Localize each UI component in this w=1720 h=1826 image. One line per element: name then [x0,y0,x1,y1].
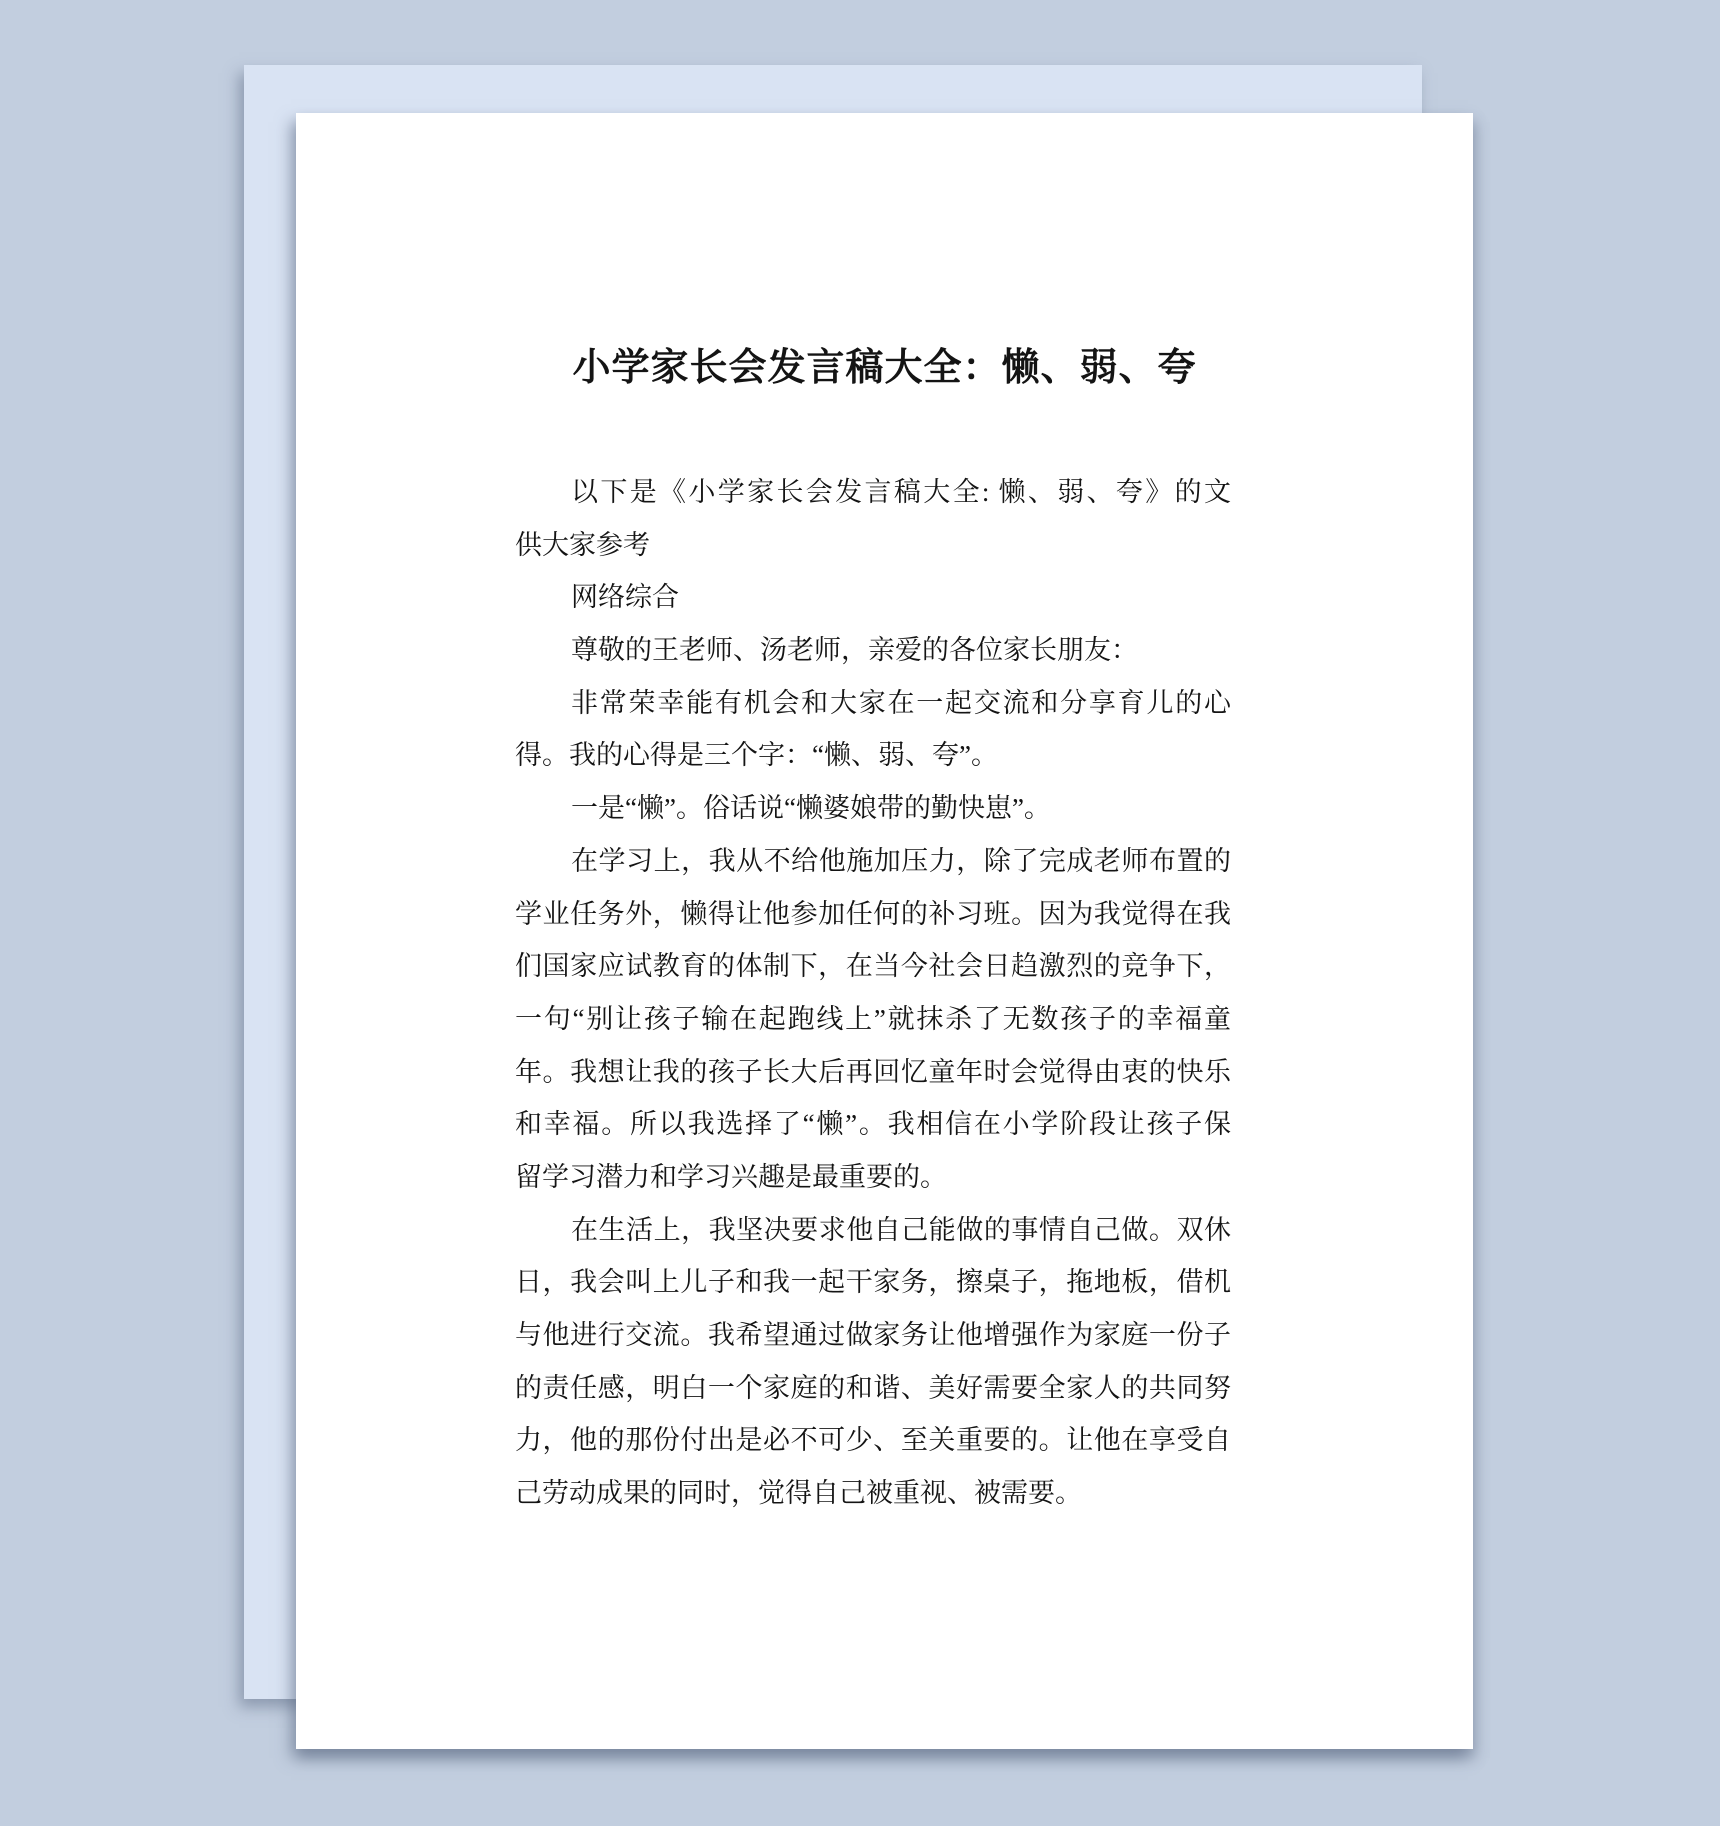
text-line: 一是“懒”。俗话说“懒婆娘带的勤快崽”。 [515,782,1231,835]
text-line: 一句“别让孩子输在起跑线上”就抹杀了无数孩子的幸福童 [515,993,1231,1046]
text-line: 日，我会叫上儿子和我一起干家务，擦桌子，拖地板，借机 [515,1256,1231,1309]
text-line: 和幸福。所以我选择了“懒”。我相信在小学阶段让孩子保 [515,1098,1231,1151]
document-preview-canvas: { "document": { "title": "小学家长会发言稿大全：懒、弱… [0,0,1720,1826]
text-line: 年。我想让我的孩子长大后再回忆童年时会觉得由衷的快乐 [515,1046,1231,1099]
text-line: 学业任务外，懒得让他参加任何的补习班。因为我觉得在我 [515,888,1231,941]
document-title: 小学家长会发言稿大全：懒、弱、夸 [296,346,1473,390]
text-line: 网络综合 [515,571,1231,624]
front-page-sheet: 小学家长会发言稿大全：懒、弱、夸 以下是《小学家长会发言稿大全: 懒、弱、夸》的… [296,113,1473,1749]
text-line: 力，他的那份付出是必不可少、至关重要的。让他在享受自 [515,1414,1231,1467]
text-line: 的责任感，明白一个家庭的和谐、美好需要全家人的共同努 [515,1362,1231,1415]
text-line: 留学习潜力和学习兴趣是最重要的。 [515,1151,1231,1204]
text-line: 尊敬的王老师、汤老师，亲爱的各位家长朋友： [515,624,1231,677]
text-line: 与他进行交流。我希望通过做家务让他增强作为家庭一份子 [515,1309,1231,1362]
text-line: 供大家参考 [515,519,1231,572]
text-line: 得。我的心得是三个字：“懒、弱、夸”。 [515,729,1231,782]
text-line: 以下是《小学家长会发言稿大全: 懒、弱、夸》的文章， [515,466,1231,519]
text-line: 在生活上，我坚决要求他自己能做的事情自己做。双休 [515,1204,1231,1257]
document-body: 以下是《小学家长会发言稿大全: 懒、弱、夸》的文章，供大家参考网络综合尊敬的王老… [515,466,1231,1520]
text-line: 非常荣幸能有机会和大家在一起交流和分享育儿的心 [515,677,1231,730]
text-line: 己劳动成果的同时，觉得自己被重视、被需要。 [515,1467,1231,1520]
text-line: 在学习上，我从不给他施加压力，除了完成老师布置的 [515,835,1231,888]
text-line: 们国家应试教育的体制下，在当今社会日趋激烈的竞争下， [515,940,1231,993]
